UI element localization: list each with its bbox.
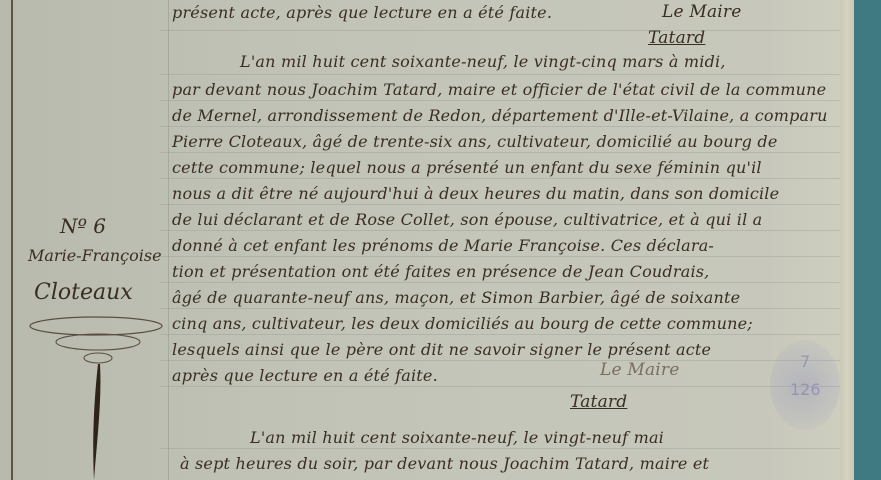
previous-entry-line: présent acte, après que lecture en a été… xyxy=(172,3,552,22)
ruled-line xyxy=(160,334,840,335)
ruled-line xyxy=(160,256,840,257)
margin-given-names: Marie-Françoise xyxy=(28,246,162,265)
entry-line: par devant nous Joachim Tatard, maire et… xyxy=(172,80,826,99)
entry-line: Pierre Cloteaux, âgé de trente-six ans, … xyxy=(172,132,778,151)
scan-backdrop xyxy=(854,0,881,480)
entry-line: nous a dit être né aujourd'hui à deux he… xyxy=(172,184,779,203)
next-entry-line: L'an mil huit cent soixante-neuf, le vin… xyxy=(250,428,664,447)
entry-line: de lui déclarant et de Rose Collet, son … xyxy=(172,210,762,229)
ruled-line xyxy=(160,230,840,231)
margin-surname: Cloteaux xyxy=(34,280,133,305)
ruled-line xyxy=(160,360,840,361)
paraph-flourish-icon xyxy=(14,310,174,480)
ruled-line xyxy=(160,282,840,283)
ruled-line xyxy=(160,152,840,153)
ruled-line xyxy=(160,126,840,127)
ruled-line xyxy=(160,74,840,75)
signature-title: Le Maire xyxy=(600,360,680,380)
ruled-line xyxy=(160,30,840,31)
register-page: présent acte, après que lecture en a été… xyxy=(0,0,852,480)
entry-line: L'an mil huit cent soixante-neuf, le vin… xyxy=(240,52,726,71)
ruled-line xyxy=(160,448,840,449)
entry-line: tion et présentation ont été faites en p… xyxy=(172,262,709,281)
ruled-line xyxy=(160,204,840,205)
ruled-line xyxy=(160,308,840,309)
ruled-line xyxy=(160,386,840,387)
next-entry-line: à sept heures du soir, par devant nous J… xyxy=(180,454,709,473)
previous-signature-title: Le Maire xyxy=(662,2,742,22)
entry-line: cinq ans, cultivateur, les deux domicili… xyxy=(172,314,753,333)
page-edge xyxy=(840,0,854,480)
stamp-mark: 7 xyxy=(800,352,810,371)
previous-signature-name: Tatard xyxy=(648,28,705,48)
entry-line: après que lecture en a été faite. xyxy=(172,366,438,385)
entry-line: âgé de quarante-neuf ans, maçon, et Simo… xyxy=(172,288,740,307)
entry-line: cette commune; lequel nous a présenté un… xyxy=(172,158,762,177)
ruled-line xyxy=(160,100,840,101)
ruled-line xyxy=(160,178,840,179)
entry-line: donné à cet enfant les prénoms de Marie … xyxy=(172,236,714,255)
entry-line: lesquels ainsi que le père ont dit ne sa… xyxy=(172,340,711,359)
stamp-number: 126 xyxy=(790,380,821,399)
signature-name: Tatard xyxy=(570,392,627,412)
entry-line: de Mernel, arrondissement de Redon, dépa… xyxy=(172,106,828,125)
margin-rule xyxy=(11,0,13,480)
entry-number: Nº 6 xyxy=(60,214,106,238)
